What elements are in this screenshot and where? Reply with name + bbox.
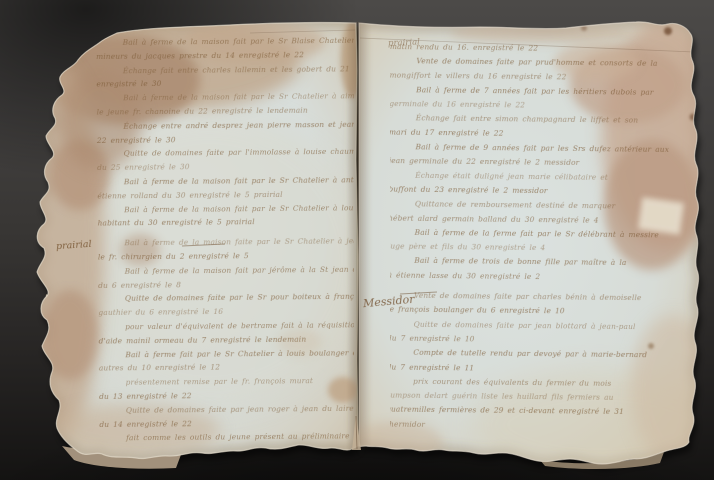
right-page-text-block: matin rendu du 16. enregistré le 22Vente… — [390, 40, 694, 454]
dark-speck — [664, 27, 672, 35]
margin-annotation-prairial-right: prairial — [388, 37, 420, 48]
manuscript-line: à étienne lasse du 30 enregistré le 2 — [390, 268, 692, 285]
spine-crease — [357, 26, 358, 448]
right-page-lines: matin rendu du 16. enregistré le 22Vente… — [390, 40, 694, 435]
left-page-lines: Bail à ferme de la maison fait par le Sr… — [96, 37, 354, 446]
left-page-text-block: Bail à ferme de la maison fait par le Sr… — [96, 37, 354, 449]
manuscript-photo: Bail à ferme de la maison fait par le Sr… — [0, 0, 714, 480]
manuscript-line: fait comme les outils du jeune présent a… — [99, 430, 354, 446]
manuscript-line: habitant du 30 enregistré le 5 prairial — [98, 216, 354, 232]
manuscript-line: thermidor — [390, 417, 691, 434]
